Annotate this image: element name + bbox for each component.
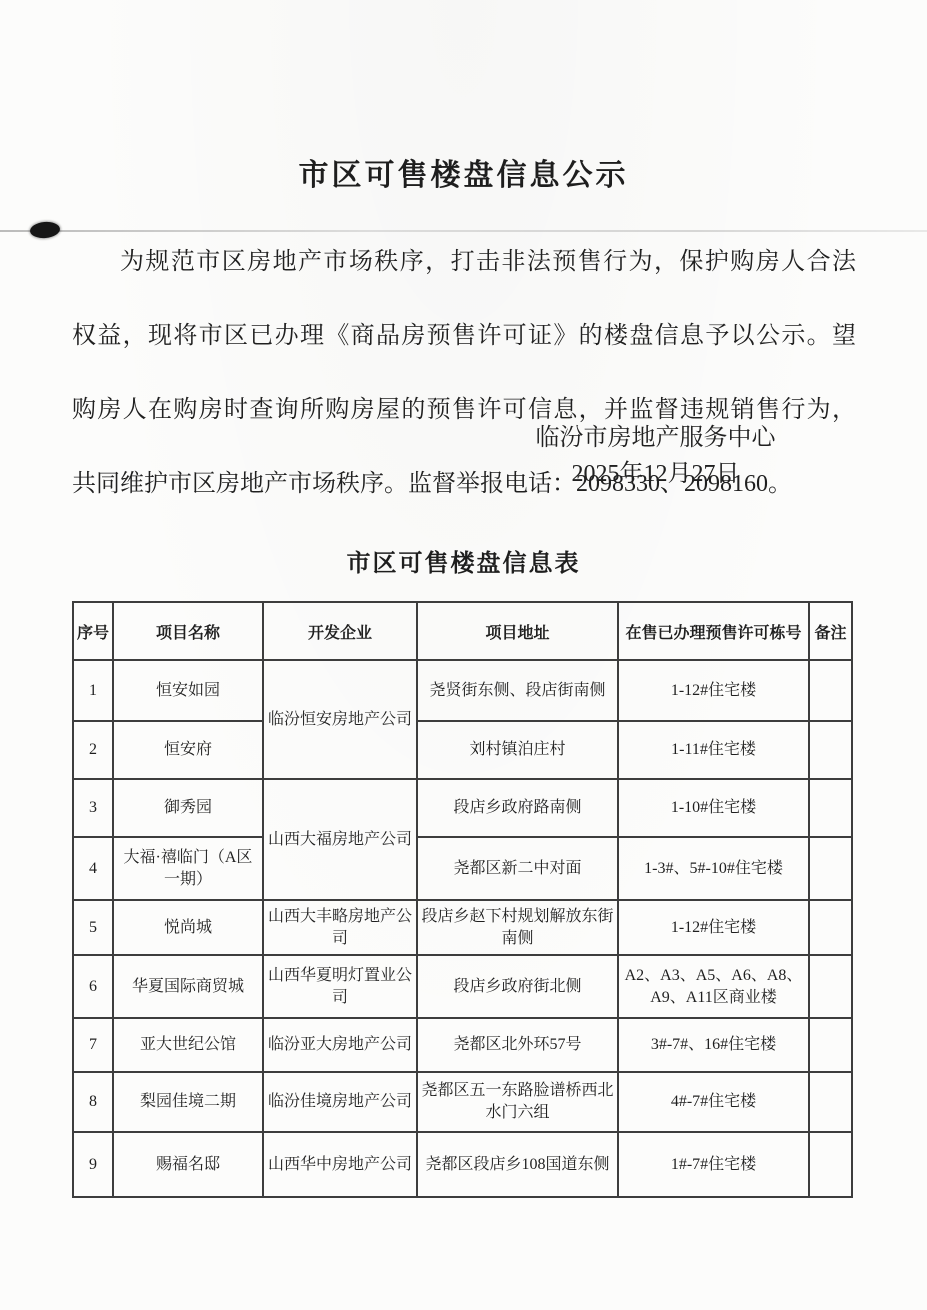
scan-artifact-blob (29, 221, 60, 240)
remark-cell (809, 1072, 852, 1132)
row-no: 7 (73, 1018, 113, 1072)
scan-artifact-line (0, 230, 927, 232)
table-row: 1 恒安如园 临汾恒安房地产公司 尧贤街东侧、段店街南侧 1-12#住宅楼 (73, 660, 852, 721)
project-address: 尧贤街东侧、段店街南侧 (417, 660, 618, 721)
listings-table: 序号 项目名称 开发企业 项目地址 在售已办理预售许可栋号 备注 1 恒安如园 … (72, 601, 853, 1198)
table-row: 4 大福·禧临门（A区一期） 尧都区新二中对面 1-3#、5#-10#住宅楼 (73, 837, 852, 900)
row-no: 1 (73, 660, 113, 721)
permitted-buildings: 1-12#住宅楼 (618, 900, 809, 955)
developer-name: 临汾亚大房地产公司 (263, 1018, 417, 1072)
project-address: 尧都区五一东路脸谱桥西北水门六组 (417, 1072, 618, 1132)
remark-cell (809, 1132, 852, 1197)
notice-title: 市区可售楼盘信息公示 (0, 150, 927, 194)
developer-name: 山西华中房地产公司 (263, 1132, 417, 1197)
permitted-buildings: 1-3#、5#-10#住宅楼 (618, 837, 809, 900)
developer-name: 临汾恒安房地产公司 (263, 660, 417, 779)
table-title: 市区可售楼盘信息表 (0, 543, 927, 578)
row-no: 6 (73, 955, 113, 1018)
col-header-remark: 备注 (809, 602, 852, 660)
permitted-buildings: A2、A3、A5、A6、A8、A9、A11区商业楼 (618, 955, 809, 1018)
row-no: 4 (73, 837, 113, 900)
project-name: 恒安府 (113, 721, 263, 779)
body-line-1: 为规范市区房地产市场秩序，打击非法预售行为，保护购房人合法 (72, 244, 856, 318)
project-name: 悦尚城 (113, 900, 263, 955)
col-header-buildings: 在售已办理预售许可栋号 (618, 602, 809, 660)
project-address: 刘村镇泊庄村 (417, 721, 618, 779)
scanned-page: 市区可售楼盘信息公示 为规范市区房地产市场秩序，打击非法预售行为，保护购房人合法… (0, 0, 927, 1310)
remark-cell (809, 660, 852, 721)
project-name: 赐福名邸 (113, 1132, 263, 1197)
row-no: 2 (73, 721, 113, 779)
col-header-name: 项目名称 (113, 602, 263, 660)
permitted-buildings: 4#-7#住宅楼 (618, 1072, 809, 1132)
remark-cell (809, 837, 852, 900)
body-line-2: 权益，现将市区已办理《商品房预售许可证》的楼盘信息予以公示。望 (72, 318, 856, 392)
remark-cell (809, 1018, 852, 1072)
signature-block: 临汾市房地产服务中心 2025年12月27日 (518, 420, 793, 492)
table-row: 5 悦尚城 山西大丰略房地产公司 段店乡赵下村规划解放东街南侧 1-12#住宅楼 (73, 900, 852, 955)
issue-date: 2025年12月27日 (518, 456, 793, 492)
project-address: 段店乡赵下村规划解放东街南侧 (417, 900, 618, 955)
col-header-no: 序号 (73, 602, 113, 660)
project-name: 亚大世纪公馆 (113, 1018, 263, 1072)
row-no: 9 (73, 1132, 113, 1197)
project-name: 梨园佳境二期 (113, 1072, 263, 1132)
project-address: 尧都区段店乡108国道东侧 (417, 1132, 618, 1197)
remark-cell (809, 900, 852, 955)
project-name: 御秀园 (113, 779, 263, 837)
developer-name: 山西华夏明灯置业公司 (263, 955, 417, 1018)
permitted-buildings: 1#-7#住宅楼 (618, 1132, 809, 1197)
table-header-row: 序号 项目名称 开发企业 项目地址 在售已办理预售许可栋号 备注 (73, 602, 852, 660)
permitted-buildings: 1-11#住宅楼 (618, 721, 809, 779)
project-address: 尧都区新二中对面 (417, 837, 618, 900)
project-name: 华夏国际商贸城 (113, 955, 263, 1018)
project-name: 恒安如园 (113, 660, 263, 721)
remark-cell (809, 721, 852, 779)
permitted-buildings: 1-10#住宅楼 (618, 779, 809, 837)
table-row: 2 恒安府 刘村镇泊庄村 1-11#住宅楼 (73, 721, 852, 779)
row-no: 3 (73, 779, 113, 837)
table-row: 9 赐福名邸 山西华中房地产公司 尧都区段店乡108国道东侧 1#-7#住宅楼 (73, 1132, 852, 1197)
row-no: 8 (73, 1072, 113, 1132)
developer-name: 山西大福房地产公司 (263, 779, 417, 900)
table-row: 8 梨园佳境二期 临汾佳境房地产公司 尧都区五一东路脸谱桥西北水门六组 4#-7… (73, 1072, 852, 1132)
developer-name: 临汾佳境房地产公司 (263, 1072, 417, 1132)
table-row: 6 华夏国际商贸城 山西华夏明灯置业公司 段店乡政府街北侧 A2、A3、A5、A… (73, 955, 852, 1018)
permitted-buildings: 3#-7#、16#住宅楼 (618, 1018, 809, 1072)
issuer-name: 临汾市房地产服务中心 (518, 420, 793, 456)
project-address: 尧都区北外环57号 (417, 1018, 618, 1072)
table-row: 3 御秀园 山西大福房地产公司 段店乡政府路南侧 1-10#住宅楼 (73, 779, 852, 837)
permitted-buildings: 1-12#住宅楼 (618, 660, 809, 721)
project-address: 段店乡政府路南侧 (417, 779, 618, 837)
project-address: 段店乡政府街北侧 (417, 955, 618, 1018)
remark-cell (809, 955, 852, 1018)
row-no: 5 (73, 900, 113, 955)
col-header-address: 项目地址 (417, 602, 618, 660)
developer-name: 山西大丰略房地产公司 (263, 900, 417, 955)
table-row: 7 亚大世纪公馆 临汾亚大房地产公司 尧都区北外环57号 3#-7#、16#住宅… (73, 1018, 852, 1072)
remark-cell (809, 779, 852, 837)
project-name: 大福·禧临门（A区一期） (113, 837, 263, 900)
col-header-developer: 开发企业 (263, 602, 417, 660)
